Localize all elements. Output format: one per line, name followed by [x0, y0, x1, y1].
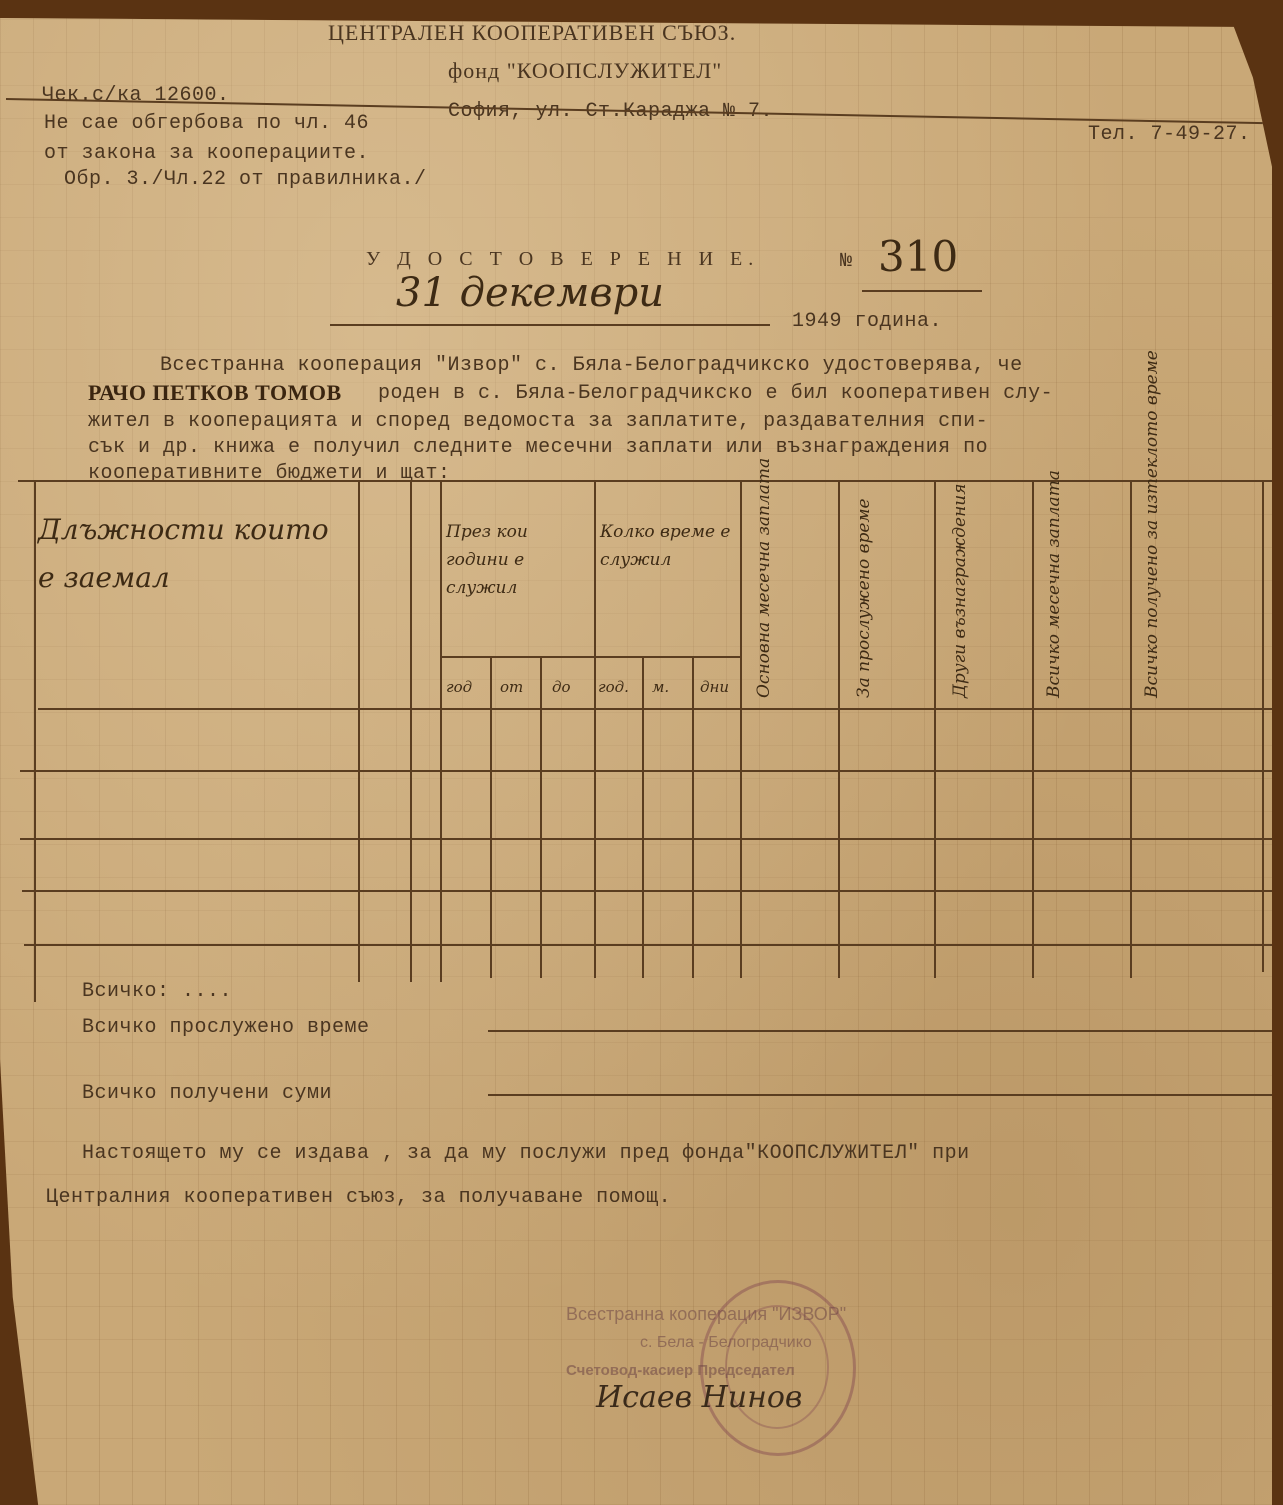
certificate-date: 31 декември [396, 270, 664, 316]
number-underline [862, 290, 982, 292]
header-bottom-rule [38, 708, 1272, 710]
col-line [440, 482, 442, 982]
col-line [358, 482, 360, 982]
row-rule-3 [22, 890, 1272, 892]
table-top-rule [18, 480, 1272, 482]
col-line [1262, 482, 1264, 972]
header-years-served: През кои години е служил [446, 518, 586, 602]
stamp-note-2: от закона за кооперациите. [44, 142, 369, 165]
person-name: РАЧО ПЕТКОВ ТОМОВ [88, 380, 342, 406]
header-duration: Колко време е служил [600, 518, 736, 574]
col-line [838, 482, 840, 978]
row-rule-1 [20, 770, 1272, 772]
col-line [1130, 482, 1132, 978]
col-line [594, 482, 596, 978]
row-rule-2 [20, 838, 1272, 840]
certificate-number: 310 [878, 232, 958, 281]
total-sums-line [488, 1094, 1272, 1096]
col-line [410, 482, 412, 982]
col-line [490, 658, 492, 978]
fund-name: фонд "КООПСЛУЖИТЕЛ" [448, 58, 722, 84]
col-line [692, 658, 694, 978]
sub-header-months: м. [652, 678, 669, 696]
total-service-label: Всичко прослужено време [82, 1016, 370, 1039]
header-total-received: Всичко получено за изтеклото време [1140, 518, 1250, 698]
col-line [1032, 482, 1034, 978]
phone: Тел. 7-49-27. [1088, 123, 1251, 146]
sub-header-years: год. [598, 678, 629, 696]
stamp-line-3: Счетовод-касиер Председател [566, 1362, 795, 1379]
stamp-note-3: Обр. 3./Чл.22 от правилника./ [64, 168, 427, 191]
number-label: № [840, 250, 853, 273]
stamp-note-1: Не сае обгербова по чл. 46 [44, 112, 369, 135]
date-underline [330, 324, 770, 326]
stamp-line-2: с. Бела - Белоградчико [640, 1334, 812, 1352]
sub-header-year: год [446, 678, 472, 696]
col-line [934, 482, 936, 978]
sub-header-days: дни [700, 678, 729, 696]
stamp-line-1: Всестранна кооперация "ИЗВОР" [566, 1304, 846, 1325]
header-total-salary: Всичко месечна заплата [1042, 518, 1122, 698]
header-other-pay: Други възнаграждения [948, 518, 1018, 698]
header-per-service: За прослужено време [852, 518, 922, 698]
body-line-3: жител в кооперацията и според ведомоста … [88, 410, 988, 433]
total-service-line [488, 1030, 1272, 1032]
org-name: ЦЕНТРАЛЕН КООПЕРАТИВЕН СЪЮЗ. [328, 20, 736, 46]
header-base-salary: Основна месечна заплата [752, 518, 832, 698]
body-line-1: Всестранна кооперация "Извор" с. Бяла-Бе… [160, 354, 1023, 377]
total-sums-label: Всичко получени суми [82, 1082, 332, 1105]
certificate-title: У Д О С Т О В Е Р Е Н И Е. [366, 248, 759, 271]
total-label: Всичко: .... [82, 980, 232, 1003]
closing-line-1: Настоящето му се издава , за да му послу… [82, 1142, 970, 1165]
document-paper: ЦЕНТРАЛЕН КООПЕРАТИВЕН СЪЮЗ. фонд "КООПС… [0, 18, 1272, 1505]
signatures: Исаев Нинов [596, 1380, 802, 1415]
closing-line-2: Централния кооперативен съюз, за получав… [46, 1186, 671, 1209]
col-line [642, 658, 644, 978]
col-line [34, 482, 36, 1002]
col-line [740, 482, 742, 978]
header-positions: Длъжности които е заемал [38, 506, 348, 602]
sub-header-to: до [552, 678, 571, 696]
sub-header-from: от [500, 678, 523, 696]
subheader-rule [440, 656, 740, 658]
body-line-4: сък и др. книжа е получил следните месеч… [88, 436, 988, 459]
col-line [540, 658, 542, 978]
row-rule-4 [24, 944, 1272, 946]
certificate-year: 1949 година. [792, 310, 942, 333]
body-line-2: роден в с. Бяла-Белоградчикско е бил коо… [378, 382, 1053, 405]
